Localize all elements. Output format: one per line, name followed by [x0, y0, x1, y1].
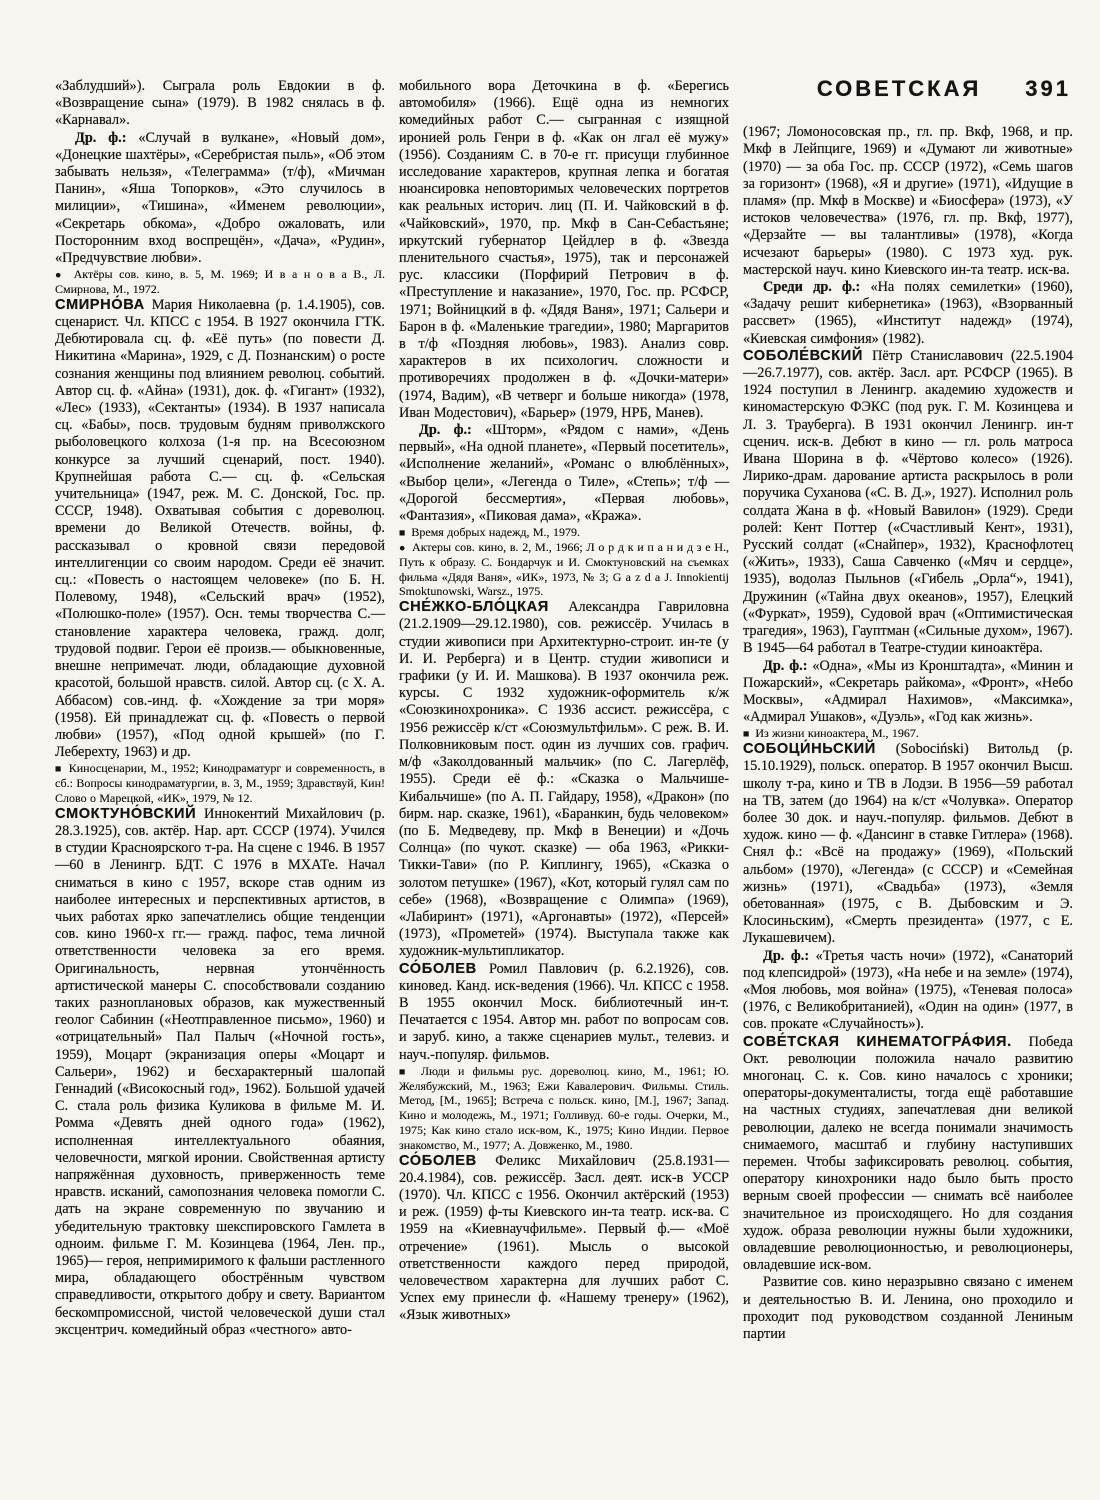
- entry-paragraph: СО́БОЛЕВ Феликс Михайлович (25.8.1931—20…: [399, 1153, 729, 1325]
- entry-paragraph: СО́БОЛЕВ Ромил Павлович (р. 6.2.1926), с…: [399, 961, 729, 1064]
- bibliography-item: ■ Время добрых надежд, М., 1979.: [399, 525, 729, 540]
- entry-headword: СО́БОЛЕВ: [399, 1153, 495, 1169]
- entry-headword: СО́БОЛЕВ: [399, 961, 489, 977]
- paragraph: Развитие сов. кино неразрывно связано с …: [743, 1274, 1073, 1343]
- paragraph: Др. ф.: «Одна», «Мы из Кронштадта», «Мин…: [743, 658, 1073, 727]
- square-marker-icon: ■: [399, 528, 408, 539]
- entry-headword: СОВЕ́ТСКАЯ КИНЕМАТОГРА́ФИЯ.: [743, 1034, 1029, 1050]
- column-2: мобильного вора Деточкина в ф. «Берегись…: [399, 78, 729, 1343]
- entry-paragraph: СМОКТУНО́ВСКИЙ Иннокентий Михайлович (р.…: [55, 806, 385, 1339]
- bibliography-item: ● Актеры сов. кино, в. 2, М., 1966; Л о …: [399, 540, 729, 599]
- entry-paragraph: СНЕ́ЖКО-БЛО́ЦКАЯ Александра Гавриловна (…: [399, 599, 729, 960]
- column-1: «Заблудший»). Сыграла роль Евдокии в ф. …: [55, 78, 385, 1343]
- paragraph: Др. ф.: «Шторм», «Рядом с нами», «День п…: [399, 422, 729, 525]
- square-marker-icon: ■: [743, 729, 752, 740]
- bibliography-item: ● Актёры сов. кино, в. 5, М. 1969; И в а…: [55, 267, 385, 297]
- encyclopedia-page: «Заблудший»). Сыграла роль Евдокии в ф. …: [0, 0, 1100, 1500]
- bold-prefix: Среди др. ф.:: [763, 279, 870, 295]
- entry-headword: СОБОЦИ́НЬСКИЙ: [743, 741, 896, 757]
- bold-prefix: Др. ф.:: [763, 658, 812, 674]
- running-head-word: СОВЕТСКАЯ: [817, 80, 981, 97]
- entry-headword: СНЕ́ЖКО-БЛО́ЦКАЯ: [399, 599, 568, 615]
- paragraph: Др. ф.: «Третья часть ночи» (1972), «Сан…: [743, 948, 1073, 1034]
- entry-paragraph: СОВЕ́ТСКАЯ КИНЕМАТОГРА́ФИЯ. Победа Окт. …: [743, 1034, 1073, 1275]
- bibliography-item: ■ Из жизни киноактера, М., 1967.: [743, 726, 1073, 741]
- bold-prefix: Др. ф.:: [419, 422, 485, 438]
- running-head: СОВЕТСКАЯ 391: [743, 80, 1071, 97]
- entry-headword: СОБОЛЕ́ВСКИЙ: [743, 348, 872, 364]
- entry-headword: СМИРНО́ВА: [55, 297, 152, 313]
- bold-prefix: Др. ф.:: [763, 948, 816, 964]
- circle-marker-icon: ●: [399, 543, 409, 554]
- circle-marker-icon: ●: [55, 270, 71, 281]
- paragraph: мобильного вора Деточкина в ф. «Берегись…: [399, 78, 729, 422]
- page-number: 391: [1025, 80, 1071, 97]
- entry-paragraph: СОБОЦИ́НЬСКИЙ (Sobociński) Витольд (р. 1…: [743, 741, 1073, 947]
- bold-prefix: Др. ф.:: [75, 130, 138, 146]
- paragraph: Среди др. ф.: «На полях семилетки» (1960…: [743, 279, 1073, 348]
- square-marker-icon: ■: [55, 764, 66, 775]
- text-columns: «Заблудший»). Сыграла роль Евдокии в ф. …: [55, 78, 1048, 1343]
- entry-paragraph: СМИРНО́ВА Мария Николаевна (р. 1.4.1905)…: [55, 297, 385, 761]
- bibliography-item: ■ Киносценарии, М., 1952; Кинодраматург …: [55, 761, 385, 805]
- bibliography-item: ■ Люди и фильмы рус. дореволюц. кино, М.…: [399, 1064, 729, 1153]
- column-3: СОВЕТСКАЯ 391 (1967; Ломоносовская пр., …: [743, 78, 1073, 1343]
- paragraph: (1967; Ломоносовская пр., гл. пр. Вкф, 1…: [743, 124, 1073, 279]
- entry-headword: СМОКТУНО́ВСКИЙ: [55, 806, 204, 822]
- paragraph: «Заблудший»). Сыграла роль Евдокии в ф. …: [55, 78, 385, 130]
- square-marker-icon: ■: [399, 1067, 418, 1078]
- paragraph: Др. ф.: «Случай в вулкане», «Новый дом»,…: [55, 130, 385, 268]
- entry-paragraph: СОБОЛЕ́ВСКИЙ Пётр Станиславович (22.5.19…: [743, 348, 1073, 658]
